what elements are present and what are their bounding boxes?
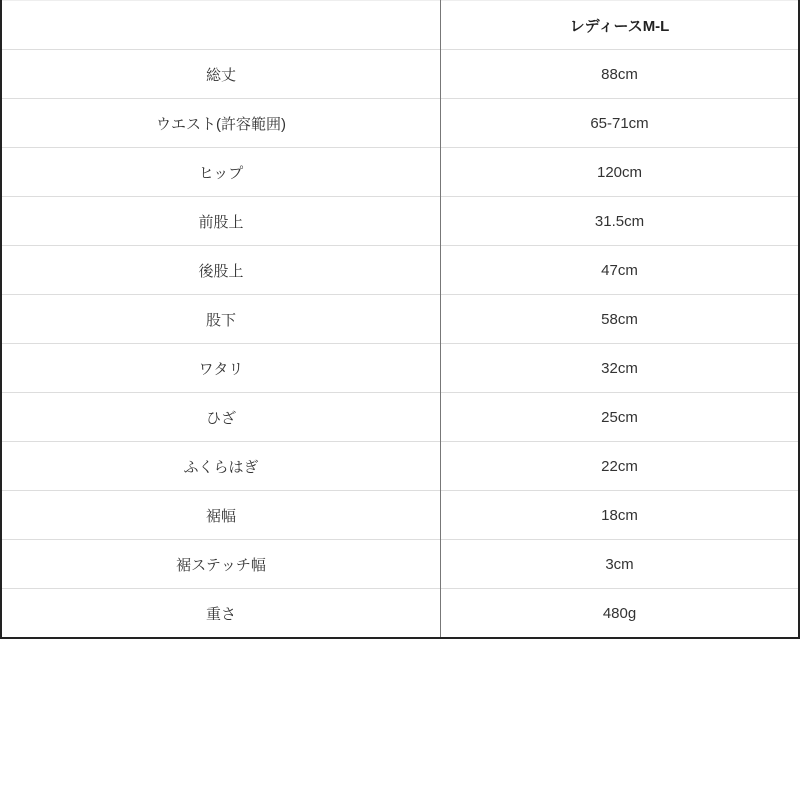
table-row: 裾幅 18cm	[1, 491, 799, 540]
row-label: 裾ステッチ幅	[1, 540, 441, 589]
row-value: 47cm	[441, 246, 800, 295]
size-table: レディースM-L 総丈 88cm ウエスト(許容範囲) 65-71cm ヒップ …	[0, 0, 800, 639]
row-value: 22cm	[441, 442, 800, 491]
row-value: 88cm	[441, 50, 800, 99]
row-label: 後股上	[1, 246, 441, 295]
row-value: 120cm	[441, 148, 800, 197]
row-value: 58cm	[441, 295, 800, 344]
row-value: 65-71cm	[441, 99, 800, 148]
table-row: ひざ 25cm	[1, 393, 799, 442]
row-value: 31.5cm	[441, 197, 800, 246]
row-label: 前股上	[1, 197, 441, 246]
row-value: 18cm	[441, 491, 800, 540]
table-row: 総丈 88cm	[1, 50, 799, 99]
header-label-cell	[1, 1, 441, 50]
table-row: ヒップ 120cm	[1, 148, 799, 197]
row-label: ひざ	[1, 393, 441, 442]
row-label: ヒップ	[1, 148, 441, 197]
row-label: ウエスト(許容範囲)	[1, 99, 441, 148]
row-value: 32cm	[441, 344, 800, 393]
row-label: ワタリ	[1, 344, 441, 393]
row-label: 重さ	[1, 589, 441, 639]
table-row: 重さ 480g	[1, 589, 799, 639]
table-row: ふくらはぎ 22cm	[1, 442, 799, 491]
table-row: ワタリ 32cm	[1, 344, 799, 393]
row-value: 480g	[441, 589, 800, 639]
table-row: 裾ステッチ幅 3cm	[1, 540, 799, 589]
row-label: 裾幅	[1, 491, 441, 540]
header-size-cell: レディースM-L	[441, 1, 800, 50]
table-row: 前股上 31.5cm	[1, 197, 799, 246]
table-row: 股下 58cm	[1, 295, 799, 344]
row-value: 25cm	[441, 393, 800, 442]
row-label: ふくらはぎ	[1, 442, 441, 491]
row-label: 総丈	[1, 50, 441, 99]
table-row: 後股上 47cm	[1, 246, 799, 295]
row-label: 股下	[1, 295, 441, 344]
table-header-row: レディースM-L	[1, 1, 799, 50]
row-value: 3cm	[441, 540, 800, 589]
table-row: ウエスト(許容範囲) 65-71cm	[1, 99, 799, 148]
